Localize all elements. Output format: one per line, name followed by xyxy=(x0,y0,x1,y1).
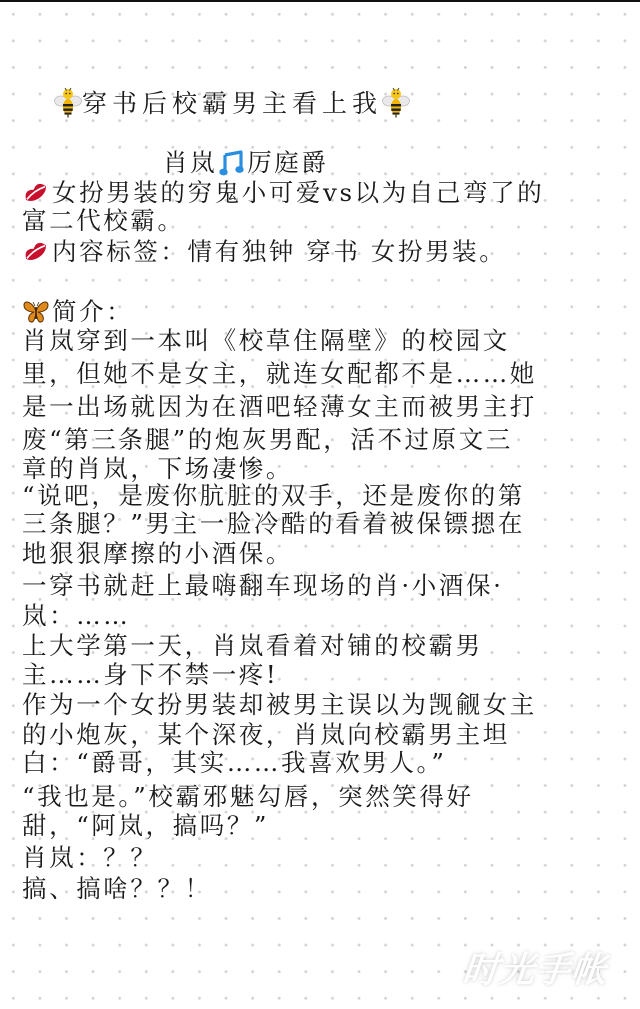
note-page: 穿书后校霸男主看上我 肖岚 xyxy=(0,0,640,1009)
summary-line: 上大学第一天，肖岚看着对铺的校霸男 xyxy=(22,631,483,660)
summary-line: 章的肖岚，下场凄惨。 xyxy=(22,454,293,483)
summary-line: 三条腿？”男主一脸冷酷的看着被保镖摁在 xyxy=(22,509,525,538)
lips-icon xyxy=(22,239,50,265)
book-title: 穿书后校霸男主看上我 xyxy=(54,84,410,120)
summary-line: 肖岚：？？ xyxy=(22,843,158,872)
summary-line: “我也是。”校霸邪魅勾唇，突然笑得好 xyxy=(22,782,474,811)
summary-line: 甜，“阿岚，搞吗？” xyxy=(22,811,269,840)
music-note-icon xyxy=(219,149,245,177)
summary-line: 废“第三条腿”的炮灰男配，活不过原文三 xyxy=(22,425,513,454)
summary-line: 白：“爵哥，其实……我喜欢男人。” xyxy=(22,748,447,777)
tagline-line-2: 富二代校霸。 xyxy=(22,206,185,235)
content-tags: 内容标签：情有独钟 穿书 女扮男装。 xyxy=(22,237,506,266)
summary-line: 地狠狠摩擦的小酒保。 xyxy=(22,539,293,568)
male-lead-name: 厉庭爵 xyxy=(247,148,328,177)
bee-icon xyxy=(382,86,410,118)
tags-text: 内容标签：情有独钟 穿书 女扮男装。 xyxy=(52,237,506,266)
title-text: 穿书后校霸男主看上我 xyxy=(82,84,382,120)
summary-heading: 简介： xyxy=(22,297,133,326)
summary-line: “说吧，是废你肮脏的双手，还是废你的第 xyxy=(22,481,525,510)
butterfly-icon xyxy=(22,299,50,325)
tagline-text-2: 富二代校霸。 xyxy=(22,206,185,235)
tagline-line-1: 女扮男装的穷鬼小可爱vs以为自己弯了的 xyxy=(22,178,544,207)
bee-icon xyxy=(54,86,82,118)
summary-line: 一穿书就赶上最嗨翻车现场的肖·小酒保· xyxy=(22,571,503,600)
lips-icon xyxy=(22,180,50,206)
summary-line: 里，但她不是女主，就连女配都不是……她 xyxy=(22,359,537,388)
summary-line: 作为一个女扮男装却被男主误以为觊觎女主 xyxy=(22,690,537,719)
summary-line: 肖岚穿到一本叫《校草住隔壁》的校园文 xyxy=(22,326,510,355)
tagline-text-1: 女扮男装的穷鬼小可爱vs以为自己弯了的 xyxy=(52,178,544,207)
summary-line: 搞、搞啥？？！ xyxy=(22,874,212,903)
summary-heading-text: 简介： xyxy=(52,297,133,326)
female-lead-name: 肖岚 xyxy=(163,148,217,177)
summary-line: 的小炮灰，某个深夜，肖岚向校霸男主坦 xyxy=(22,720,510,749)
character-pairing: 肖岚 厉庭爵 xyxy=(163,148,329,177)
summary-line: 是一出场就因为在酒吧轻薄女主而被男主打 xyxy=(22,392,537,421)
app-watermark: 时光手帐 xyxy=(460,942,609,993)
summary-line: 岚：…… xyxy=(22,601,130,630)
summary-line: 主……身下不禁一疼! xyxy=(22,660,278,689)
